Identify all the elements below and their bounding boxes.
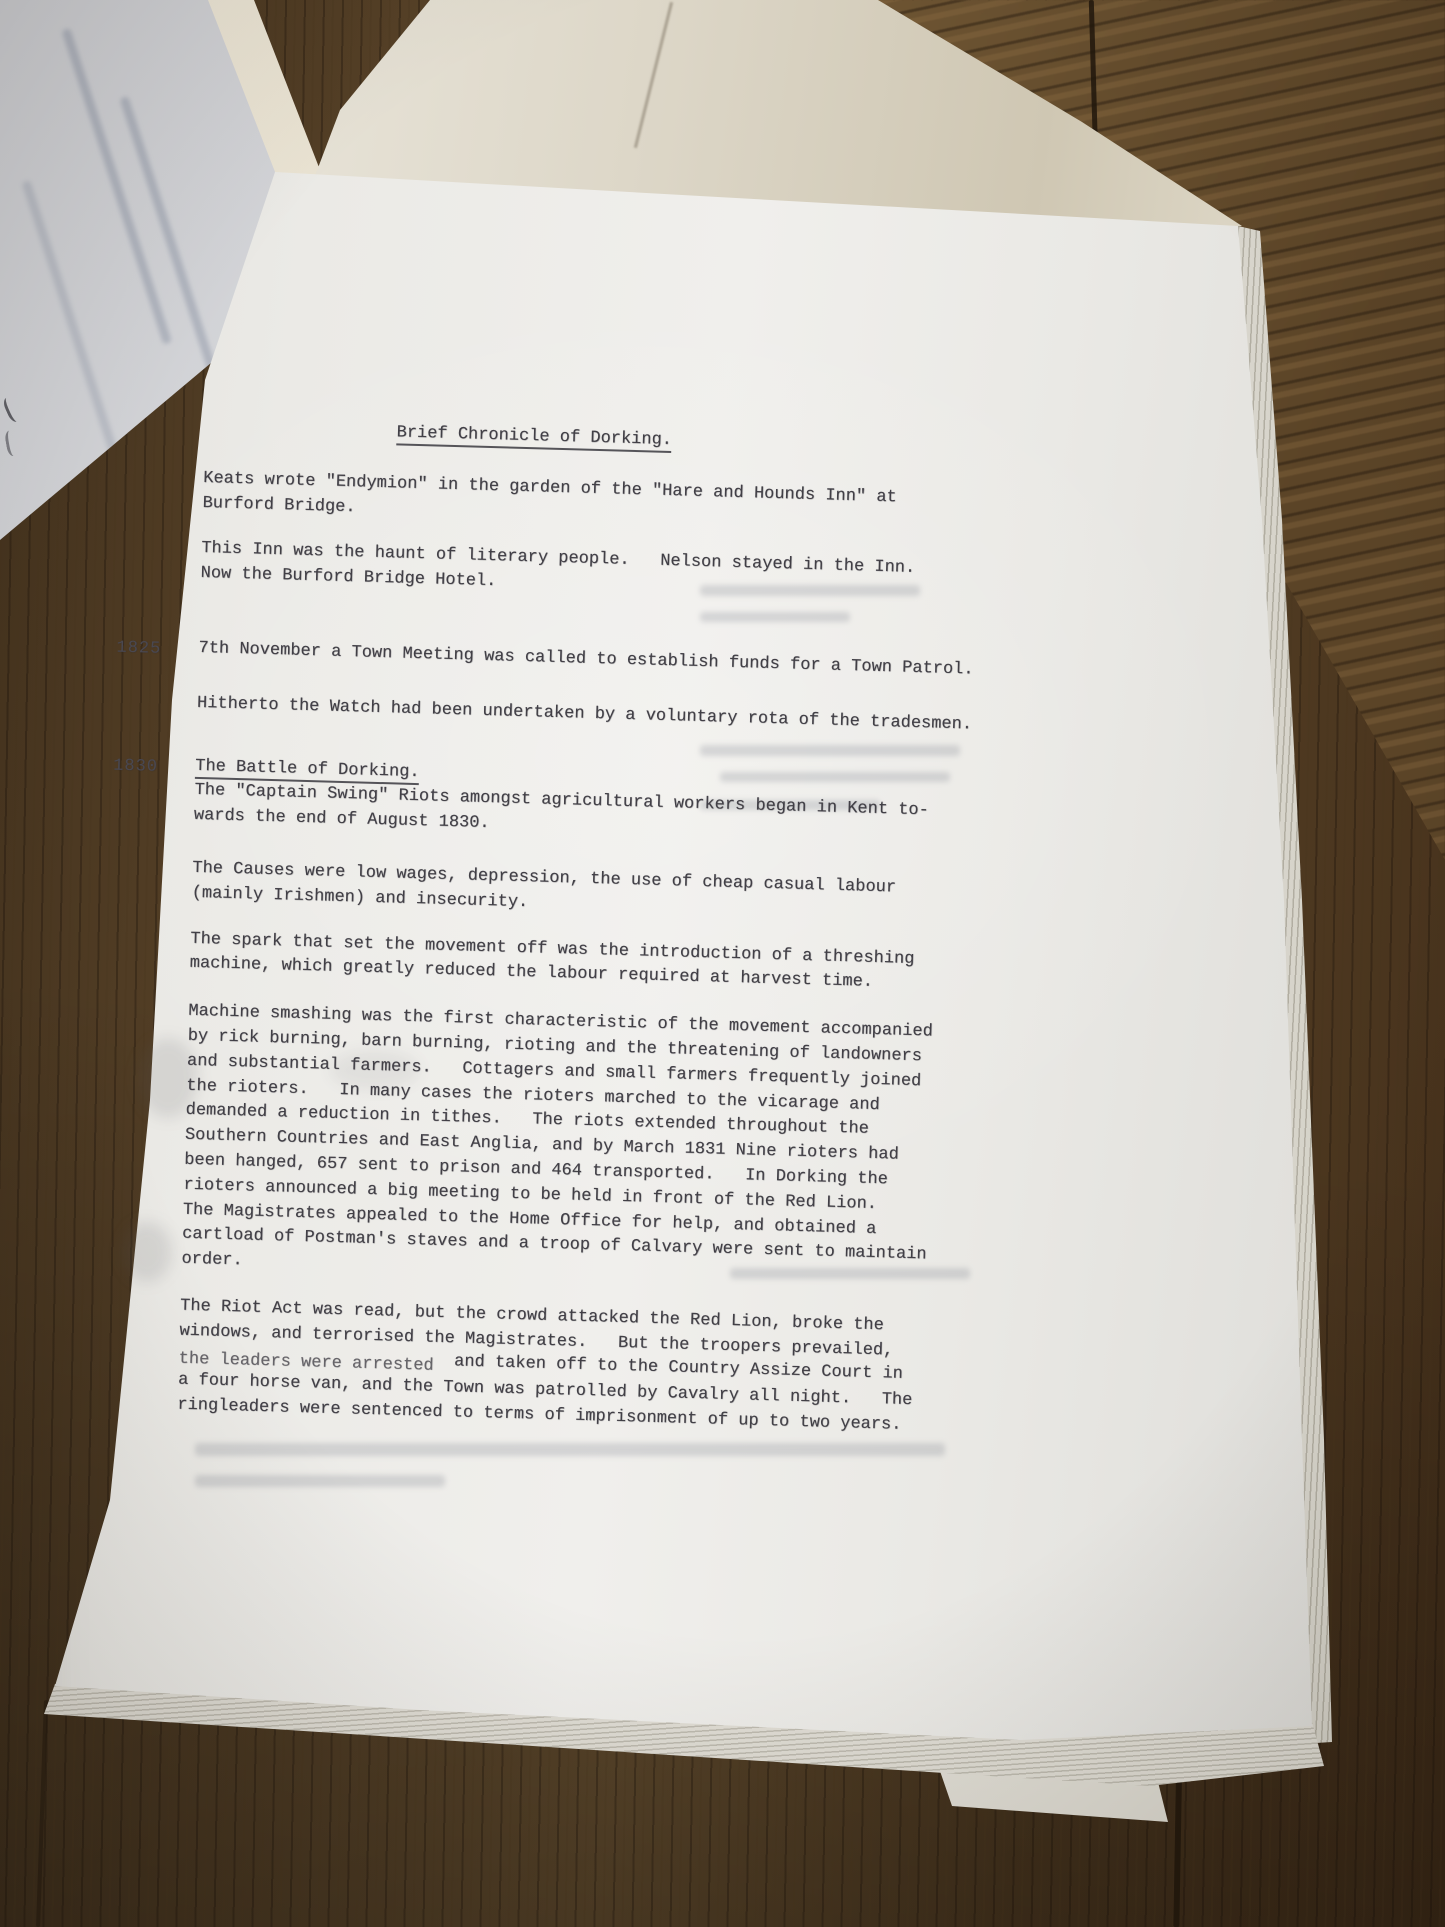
paragraph-blocks: Keats wrote "Endymion" in the garden of …: [177, 467, 1003, 1441]
paragraph-block: The Causes were low wages, depression, t…: [191, 857, 992, 929]
bleedthrough-text-mark: [195, 1443, 945, 1456]
paragraph-block: Keats wrote "Endymion" in the garden of …: [202, 467, 1003, 539]
paragraph-block: Machine smashing was the first character…: [181, 1000, 988, 1295]
paragraph-block: 1830The Battle of Dorking.The "Captain S…: [193, 754, 995, 851]
ink-smudge: [122, 1222, 172, 1282]
bleedthrough-text-mark: [195, 1475, 445, 1487]
typewritten-text: Brief Chronicle of Dorking. Keats wrote …: [177, 416, 1005, 1441]
margin-year-label: 1825: [116, 637, 161, 663]
paragraph-block: The Riot Act was read, but the crowd att…: [177, 1295, 980, 1441]
typewritten-line: Hitherto the Watch had been undertaken b…: [197, 692, 997, 739]
paragraph-block: Hitherto the Watch had been undertaken b…: [197, 692, 997, 739]
bleedthrough-text-mark: [21, 180, 122, 468]
paragraph-block: The spark that set the movement off was …: [189, 927, 990, 999]
pen-mark: [4, 429, 22, 457]
document-title-text: Brief Chronicle of Dorking.: [396, 423, 672, 453]
paragraph-block: 18257th November a Town Meeting was call…: [198, 637, 998, 684]
typewritten-line: 7th November a Town Meeting was called t…: [198, 637, 998, 684]
pen-mark: [1, 394, 24, 423]
paragraph-block: This Inn was the haunt of literary peopl…: [200, 537, 1001, 609]
margin-year-label: 1830: [113, 754, 158, 780]
